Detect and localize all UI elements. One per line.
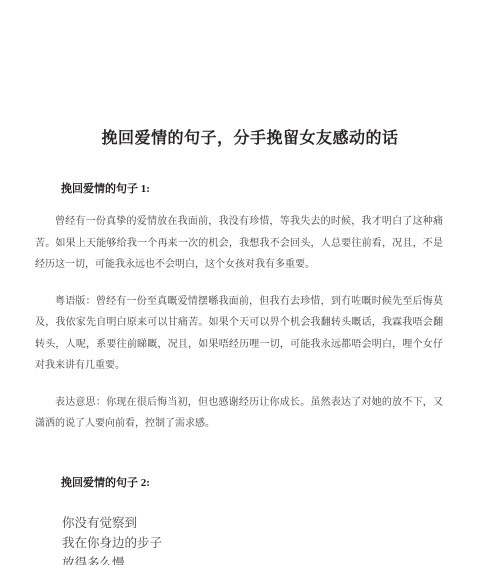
section-2-heading: 挽回爱情的句子 2: <box>61 476 500 491</box>
poem-line-2: 我在你身边的步子 <box>62 533 500 553</box>
poem-line-3: 放得多么慢 <box>62 553 500 565</box>
paragraph-meaning-note: 表达意思：你现在很后悔当初，但也感谢经历让你成长。虽然表达了对她的放不下，又潇洒… <box>35 392 443 435</box>
paragraph-mandarin-version: 曾经有一份真挚的爱情放在我面前，我没有珍惜，等我失去的时候，我才明白了这种痛苦。… <box>35 211 443 276</box>
section-1-heading: 挽回爱情的句子 1: <box>61 182 500 197</box>
poem-block: 你没有觉察到 我在你身边的步子 放得多么慢 <box>62 513 500 565</box>
page-title: 挽回爱情的句子，分手挽留女友感动的话 <box>0 0 500 149</box>
document-page: 挽回爱情的句子，分手挽留女友感动的话 挽回爱情的句子 1: 曾经有一份真挚的爱情… <box>0 0 500 565</box>
paragraph-cantonese-version: 粤语版：曾经有一份至真嘅爱情摆喺我面前，但我冇去珍惜，到冇咗嘅时候先至后悔莫及，… <box>35 291 443 377</box>
poem-line-1: 你没有觉察到 <box>62 513 500 533</box>
